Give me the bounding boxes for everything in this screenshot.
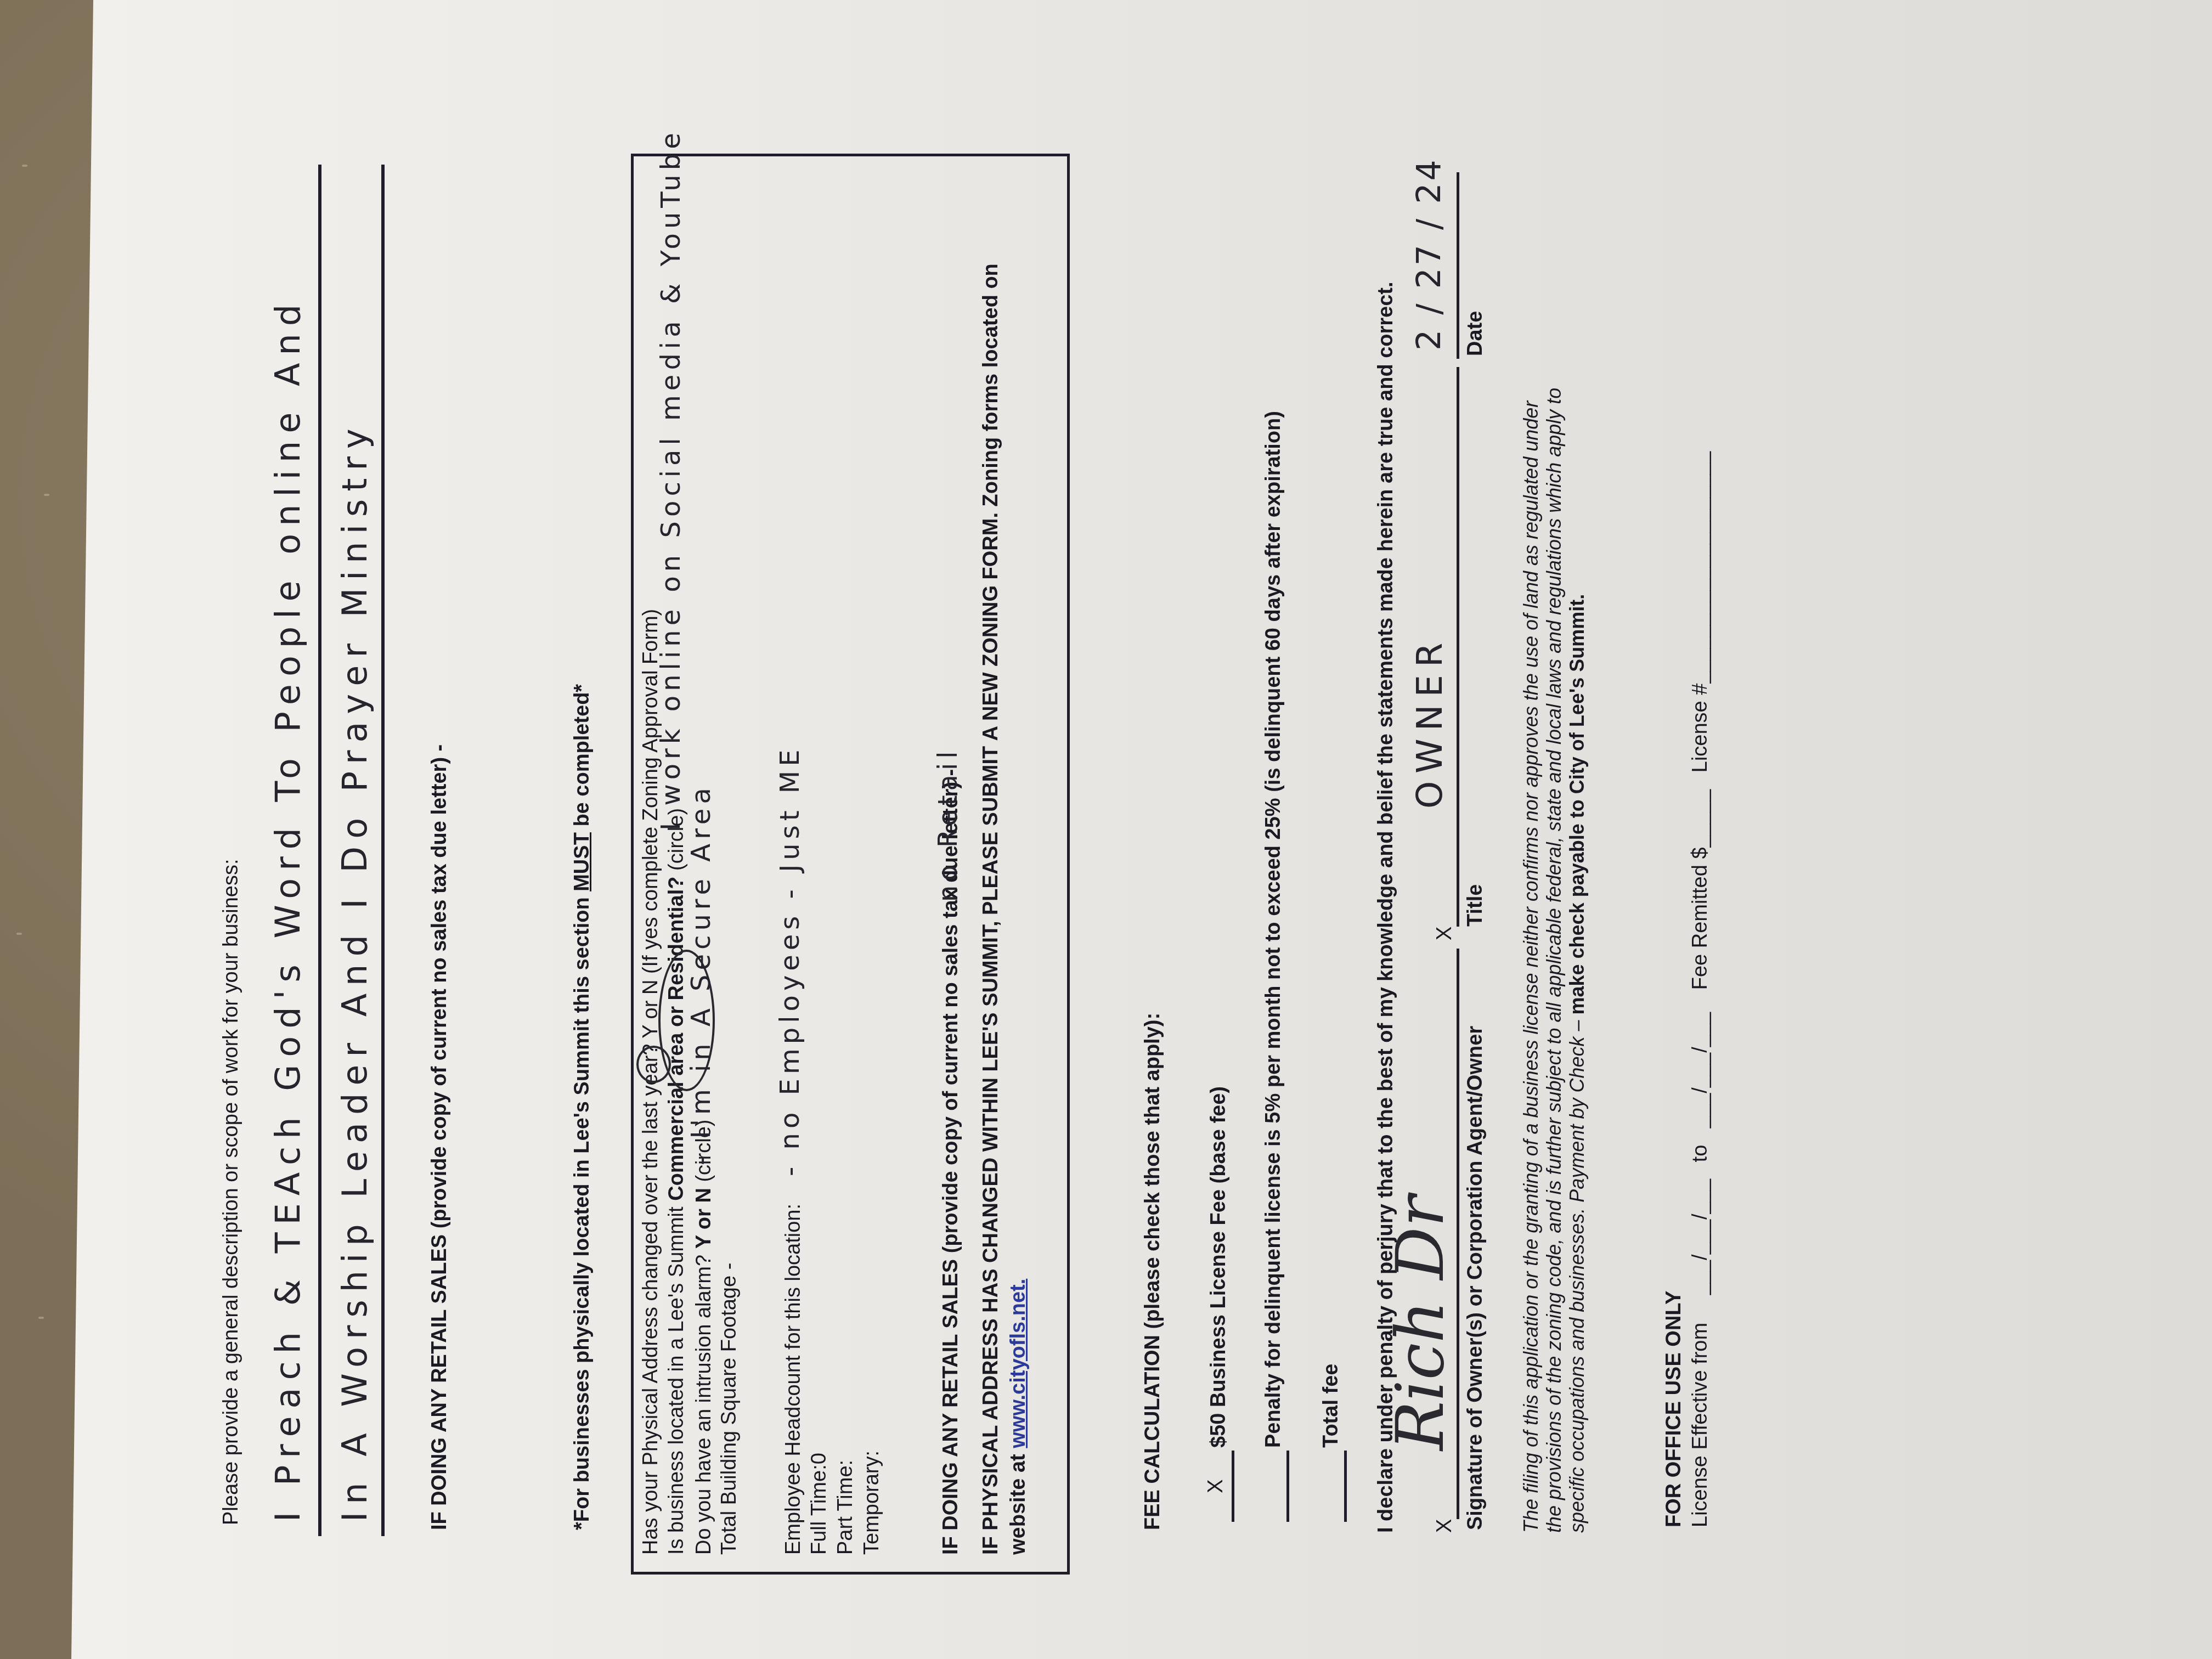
effective-from-field[interactable]: ___/___/___ <box>1689 1179 1712 1295</box>
heading-text: *For businesses physically located in Le… <box>571 891 594 1530</box>
retail-sales-label: IF DOING ANY RETAIL SALES (provide copy … <box>428 744 452 1530</box>
fee-base-label: $50 Business License Fee (base fee) <box>1207 1086 1231 1448</box>
fee-total-label: Total fee <box>1319 1364 1343 1448</box>
scope-line-2-value[interactable]: In A Worship Leader And I Do Prayer Mini… <box>335 421 375 1522</box>
license-effective-label: License Effective from <box>1689 1323 1712 1527</box>
website-link[interactable]: www.cityofls.net. <box>1007 1279 1030 1448</box>
fee-remitted-field[interactable]: _____ <box>1689 789 1712 848</box>
effective-to-field[interactable]: ___/___/___ <box>1689 1012 1712 1128</box>
license-number-field[interactable]: ____________________ <box>1689 452 1712 684</box>
office-use-heading: FOR OFFICE USE ONLY <box>1662 1291 1686 1527</box>
title-value: OWNER <box>1410 635 1451 809</box>
scope-line-1 <box>318 165 321 1536</box>
date-value: 2 / 27 / 24 <box>1410 157 1448 351</box>
zone-text: Is business located in a Lee's Summit <box>665 1201 688 1555</box>
title-label: Title <box>1464 884 1487 927</box>
scope-line-2 <box>381 165 385 1536</box>
alarm-question: Do you have an intrusion alarm? Y or N (… <box>692 1120 716 1555</box>
fee-base-check[interactable]: X <box>1204 1456 1228 1516</box>
disclaimer-line-3-text: specific occupations and businesses. Pay… <box>1566 1014 1588 1533</box>
countertop-speck <box>38 1317 44 1319</box>
scope-line-1-value[interactable]: I Preach & TEAch God's Word To People on… <box>268 297 308 1522</box>
office-use-row: License Effective from ___/___/___ to __… <box>1689 452 1712 1527</box>
countertop-speck <box>44 494 49 496</box>
fee-remitted-label: Fee Remitted $ <box>1689 847 1712 990</box>
to-label: to <box>1689 1145 1712 1163</box>
paper-sheet: Please provide a general description or … <box>71 0 2212 1659</box>
fee-penalty-label: Penalty for delinquent license is 5% per… <box>1262 411 1285 1448</box>
license-number-label: License # <box>1689 684 1712 773</box>
retail-handwritten-note: no Retail <box>933 747 963 902</box>
fee-base-blank <box>1232 1451 1234 1522</box>
zone-handwritten-note: I work online on Social media & YouTube <box>656 128 686 831</box>
full-time-row: Full Time:0 <box>808 1453 831 1555</box>
signature: Rich Dr <box>1383 1195 1459 1451</box>
zone-question: Is business located in a Lee's Summit Co… <box>665 808 689 1555</box>
countertop-speck <box>16 933 22 935</box>
temporary-label: Temporary: <box>860 1451 884 1555</box>
full-time-label: Full Time: <box>808 1464 831 1555</box>
disclaimer-line-3: specific occupations and businesses. Pay… <box>1566 594 1589 1533</box>
date-label: Date <box>1464 311 1487 356</box>
fee-penalty-blank[interactable] <box>1286 1451 1289 1522</box>
scope-prompt: Please provide a general description or … <box>219 859 243 1525</box>
title-line[interactable] <box>1457 367 1459 927</box>
disclaimer-line-2: the provisions of the zoning code, and i… <box>1543 388 1566 1533</box>
website-line: website at www.cityofls.net. <box>1007 1279 1030 1555</box>
full-time-value[interactable]: 0 <box>808 1453 831 1464</box>
signature-label: Signature of Owner(s) or Corporation Age… <box>1464 1026 1487 1530</box>
fee-total-blank[interactable] <box>1344 1451 1347 1522</box>
fee-heading: FEE CALCULATION (please check those that… <box>1141 1013 1165 1530</box>
square-footage-label: Total Building Square Footage - <box>718 1263 741 1555</box>
check-payable-note: make check payable to City of Lee's Summ… <box>1566 594 1588 1015</box>
title-x-mark: X <box>1433 927 1457 940</box>
website-text: website at <box>1007 1448 1030 1555</box>
headcount-handwritten-note: - no Employees - Just ME <box>775 745 805 1176</box>
countertop-speck <box>22 165 27 167</box>
heading-text-end: be completed* <box>571 684 594 832</box>
address-changed-notice: IF PHYSICAL ADDRESS HAS CHANGED WITHIN L… <box>979 263 1003 1555</box>
signature-x-mark: X <box>1433 1519 1457 1533</box>
heading-must: MUST <box>571 832 594 891</box>
alarm-text: Do you have an intrusion alarm? <box>692 1249 715 1555</box>
part-time-label: Part Time: <box>834 1460 857 1555</box>
physical-section-heading: *For businesses physically located in Le… <box>571 684 594 1530</box>
headcount-label: Employee Headcount for this location: <box>782 1204 805 1555</box>
disclaimer-line-1: The filing of this application or the gr… <box>1520 401 1543 1533</box>
date-line[interactable] <box>1457 172 1459 359</box>
business-license-form: Please provide a general description or … <box>0 0 2212 1659</box>
alarm-handwritten-note: - I'm in A Secure Area <box>686 783 716 1165</box>
alarm-yn: Y or N <box>692 1188 715 1249</box>
